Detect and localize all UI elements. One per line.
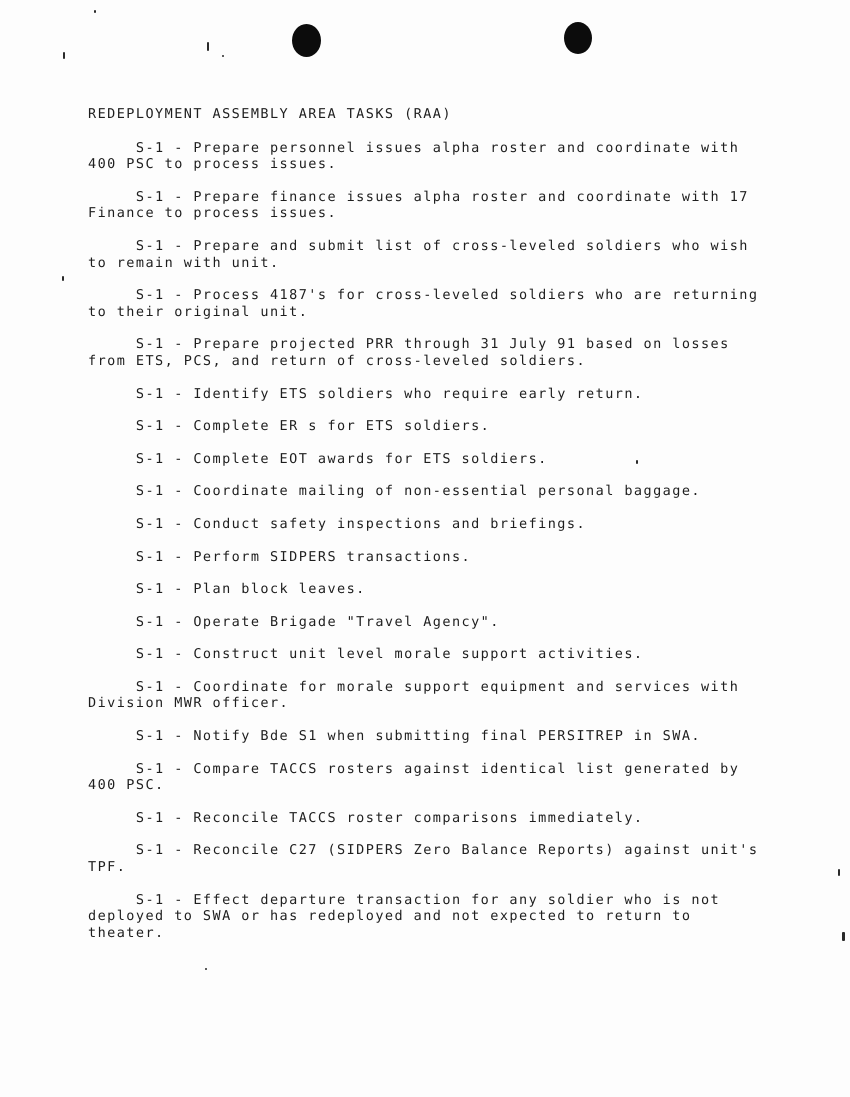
task-paragraph: S-1 - Notify Bde S1 when submitting fina… <box>88 728 798 745</box>
scan-speck <box>94 10 96 13</box>
task-paragraph: S-1 - Reconcile C27 (SIDPERS Zero Balanc… <box>88 842 798 875</box>
scan-speck <box>62 276 64 281</box>
task-paragraph: S-1 - Conduct safety inspections and bri… <box>88 516 798 533</box>
task-paragraph: S-1 - Perform SIDPERS transactions. <box>88 549 798 566</box>
task-paragraph: S-1 - Operate Brigade "Travel Agency". <box>88 614 798 631</box>
hole-punch-dot-icon <box>564 22 592 54</box>
document-title: REDEPLOYMENT ASSEMBLY AREA TASKS (RAA) <box>88 106 798 123</box>
task-paragraph: S-1 - Reconcile TACCS roster comparisons… <box>88 810 798 827</box>
task-paragraph: S-1 - Identify ETS soldiers who require … <box>88 386 798 403</box>
task-paragraph: S-1 - Plan block leaves. <box>88 581 798 598</box>
task-paragraph: S-1 - Coordinate for morale support equi… <box>88 679 798 712</box>
hole-punch-dot-icon <box>292 24 321 57</box>
document-body: REDEPLOYMENT ASSEMBLY AREA TASKS (RAA) S… <box>88 106 798 957</box>
scanned-document-page: REDEPLOYMENT ASSEMBLY AREA TASKS (RAA) S… <box>0 0 850 1097</box>
task-paragraph: S-1 - Complete EOT awards for ETS soldie… <box>88 451 798 468</box>
scan-speck <box>222 55 224 57</box>
scan-speck <box>207 42 209 51</box>
task-paragraph: S-1 - Prepare projected PRR through 31 J… <box>88 336 798 369</box>
task-paragraph: S-1 - Process 4187's for cross-leveled s… <box>88 287 798 320</box>
scan-speck <box>205 968 207 970</box>
task-paragraph: S-1 - Complete ER s for ETS soldiers. <box>88 418 798 435</box>
scan-speck <box>63 52 65 59</box>
task-paragraph: S-1 - Prepare and submit list of cross-l… <box>88 238 798 271</box>
task-paragraph: S-1 - Prepare personnel issues alpha ros… <box>88 140 798 173</box>
scan-speck <box>842 932 845 941</box>
task-paragraph: S-1 - Compare TACCS rosters against iden… <box>88 761 798 794</box>
scan-speck <box>838 869 840 876</box>
task-paragraph: S-1 - Coordinate mailing of non-essentia… <box>88 483 798 500</box>
task-paragraph: S-1 - Construct unit level morale suppor… <box>88 646 798 663</box>
task-paragraph: S-1 - Prepare finance issues alpha roste… <box>88 189 798 222</box>
task-paragraph: S-1 - Effect departure transaction for a… <box>88 892 798 942</box>
